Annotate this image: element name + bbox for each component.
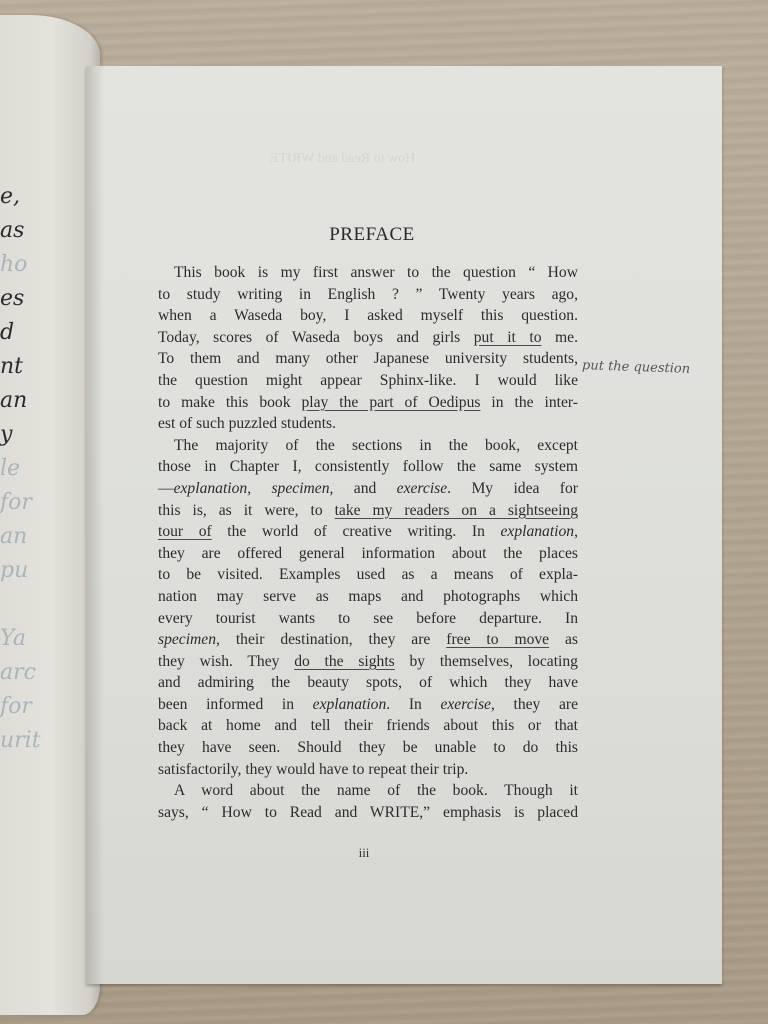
italic-word: explanation [313, 696, 387, 713]
italic-word: exercise [440, 696, 491, 713]
text-line: nation may serve as maps and photographs… [158, 586, 578, 608]
text-line-underlined: tour of the world of creative writing. I… [158, 521, 578, 543]
bleed-through-running-head: How to Read and WRITE [270, 148, 415, 169]
text-line: to study writing in English ? ” Twenty y… [158, 284, 578, 306]
text-line: says, “ How to Read and WRITE,” emphasis… [158, 802, 578, 824]
handwriting-fragment-faint: le [0, 452, 90, 486]
text-line: they have seen. Should they be unable to… [158, 737, 578, 759]
text-line-underlined: to make this book play the part of Oedip… [158, 392, 578, 414]
underline-tour-of: tour of [158, 523, 212, 540]
text-line: to be visited. Examples used as a means … [158, 564, 578, 586]
handwriting-fragment-faint: arc [0, 656, 90, 690]
text-line-underlined: specimen, their destination, they are fr… [158, 629, 578, 651]
text-line-underlined: Today, scores of Waseda boys and girls p… [158, 327, 578, 349]
page-title: PREFACE [0, 224, 756, 246]
text-line: those in Chapter I, consistently follow … [158, 456, 578, 478]
text-line: back at home and tell their friends abou… [158, 715, 578, 737]
preface-body: This book is my first answer to the ques… [158, 262, 578, 823]
text-line-italic: been informed in explanation. In exercis… [158, 694, 578, 716]
text-line: est of such puzzled students. [158, 413, 578, 435]
handwriting-fragment: y [0, 418, 90, 452]
page-number: iii [0, 845, 748, 861]
underline-free-to-move: free to move [446, 631, 549, 648]
handwriting-fragment-faint: for [0, 486, 90, 520]
underline-oedipus: play the part of Oedipus [301, 394, 480, 411]
underline-put-it-to: put it to [474, 329, 542, 346]
italic-word: explanation [500, 523, 574, 540]
handwriting-fragment-faint: for [0, 690, 90, 724]
handwriting-fragment: es [0, 282, 90, 316]
text-line: To them and many other Japanese universi… [158, 348, 578, 370]
handwriting-fragment: e, [0, 180, 90, 214]
italic-word: specimen [158, 631, 216, 648]
handwriting-fragment: d [0, 316, 90, 350]
text-line: when a Waseda boy, I asked myself this q… [158, 305, 578, 327]
text-line: they are offered general information abo… [158, 543, 578, 565]
italic-word: specimen [271, 480, 329, 497]
text-line: A word about the name of the book. Thoug… [158, 780, 578, 802]
text-line: This book is my first answer to the ques… [158, 262, 578, 284]
italic-word: exercise [397, 480, 448, 497]
text-line: and admiring the beauty spots, of which … [158, 672, 578, 694]
text-line: The majority of the sections in the book… [158, 435, 578, 457]
text-line: satisfactorily, they would have to repea… [158, 759, 578, 781]
handwriting-fragment-faint: an [0, 520, 90, 554]
handwriting-fragment-faint: urit [0, 724, 90, 758]
text-line-underlined: this is, as it were, to take my readers … [158, 500, 578, 522]
handwriting-fragment: nt [0, 350, 90, 384]
text-line: the question might appear Sphinx-like. I… [158, 370, 578, 392]
text-line-italic: —explanation, specimen, and exercise. My… [158, 478, 578, 500]
underline-sightseeing: take my readers on a sightseeing [335, 502, 578, 519]
underline-do-the-sights: do the sights [294, 653, 395, 670]
handwriting-fragment-faint: ho [0, 248, 90, 282]
handwriting-fragment-faint: Ya [0, 622, 90, 656]
handwriting-fragment-faint: pu [0, 554, 90, 588]
text-line: every tourist wants to see before depart… [158, 608, 578, 630]
text-line-underlined: they wish. They do the sights by themsel… [158, 651, 578, 673]
italic-word: explanation [174, 480, 248, 497]
left-page-handwriting: e, as ho es d nt an y le for an pu Ya ar… [0, 180, 90, 758]
handwriting-fragment: an [0, 384, 90, 418]
